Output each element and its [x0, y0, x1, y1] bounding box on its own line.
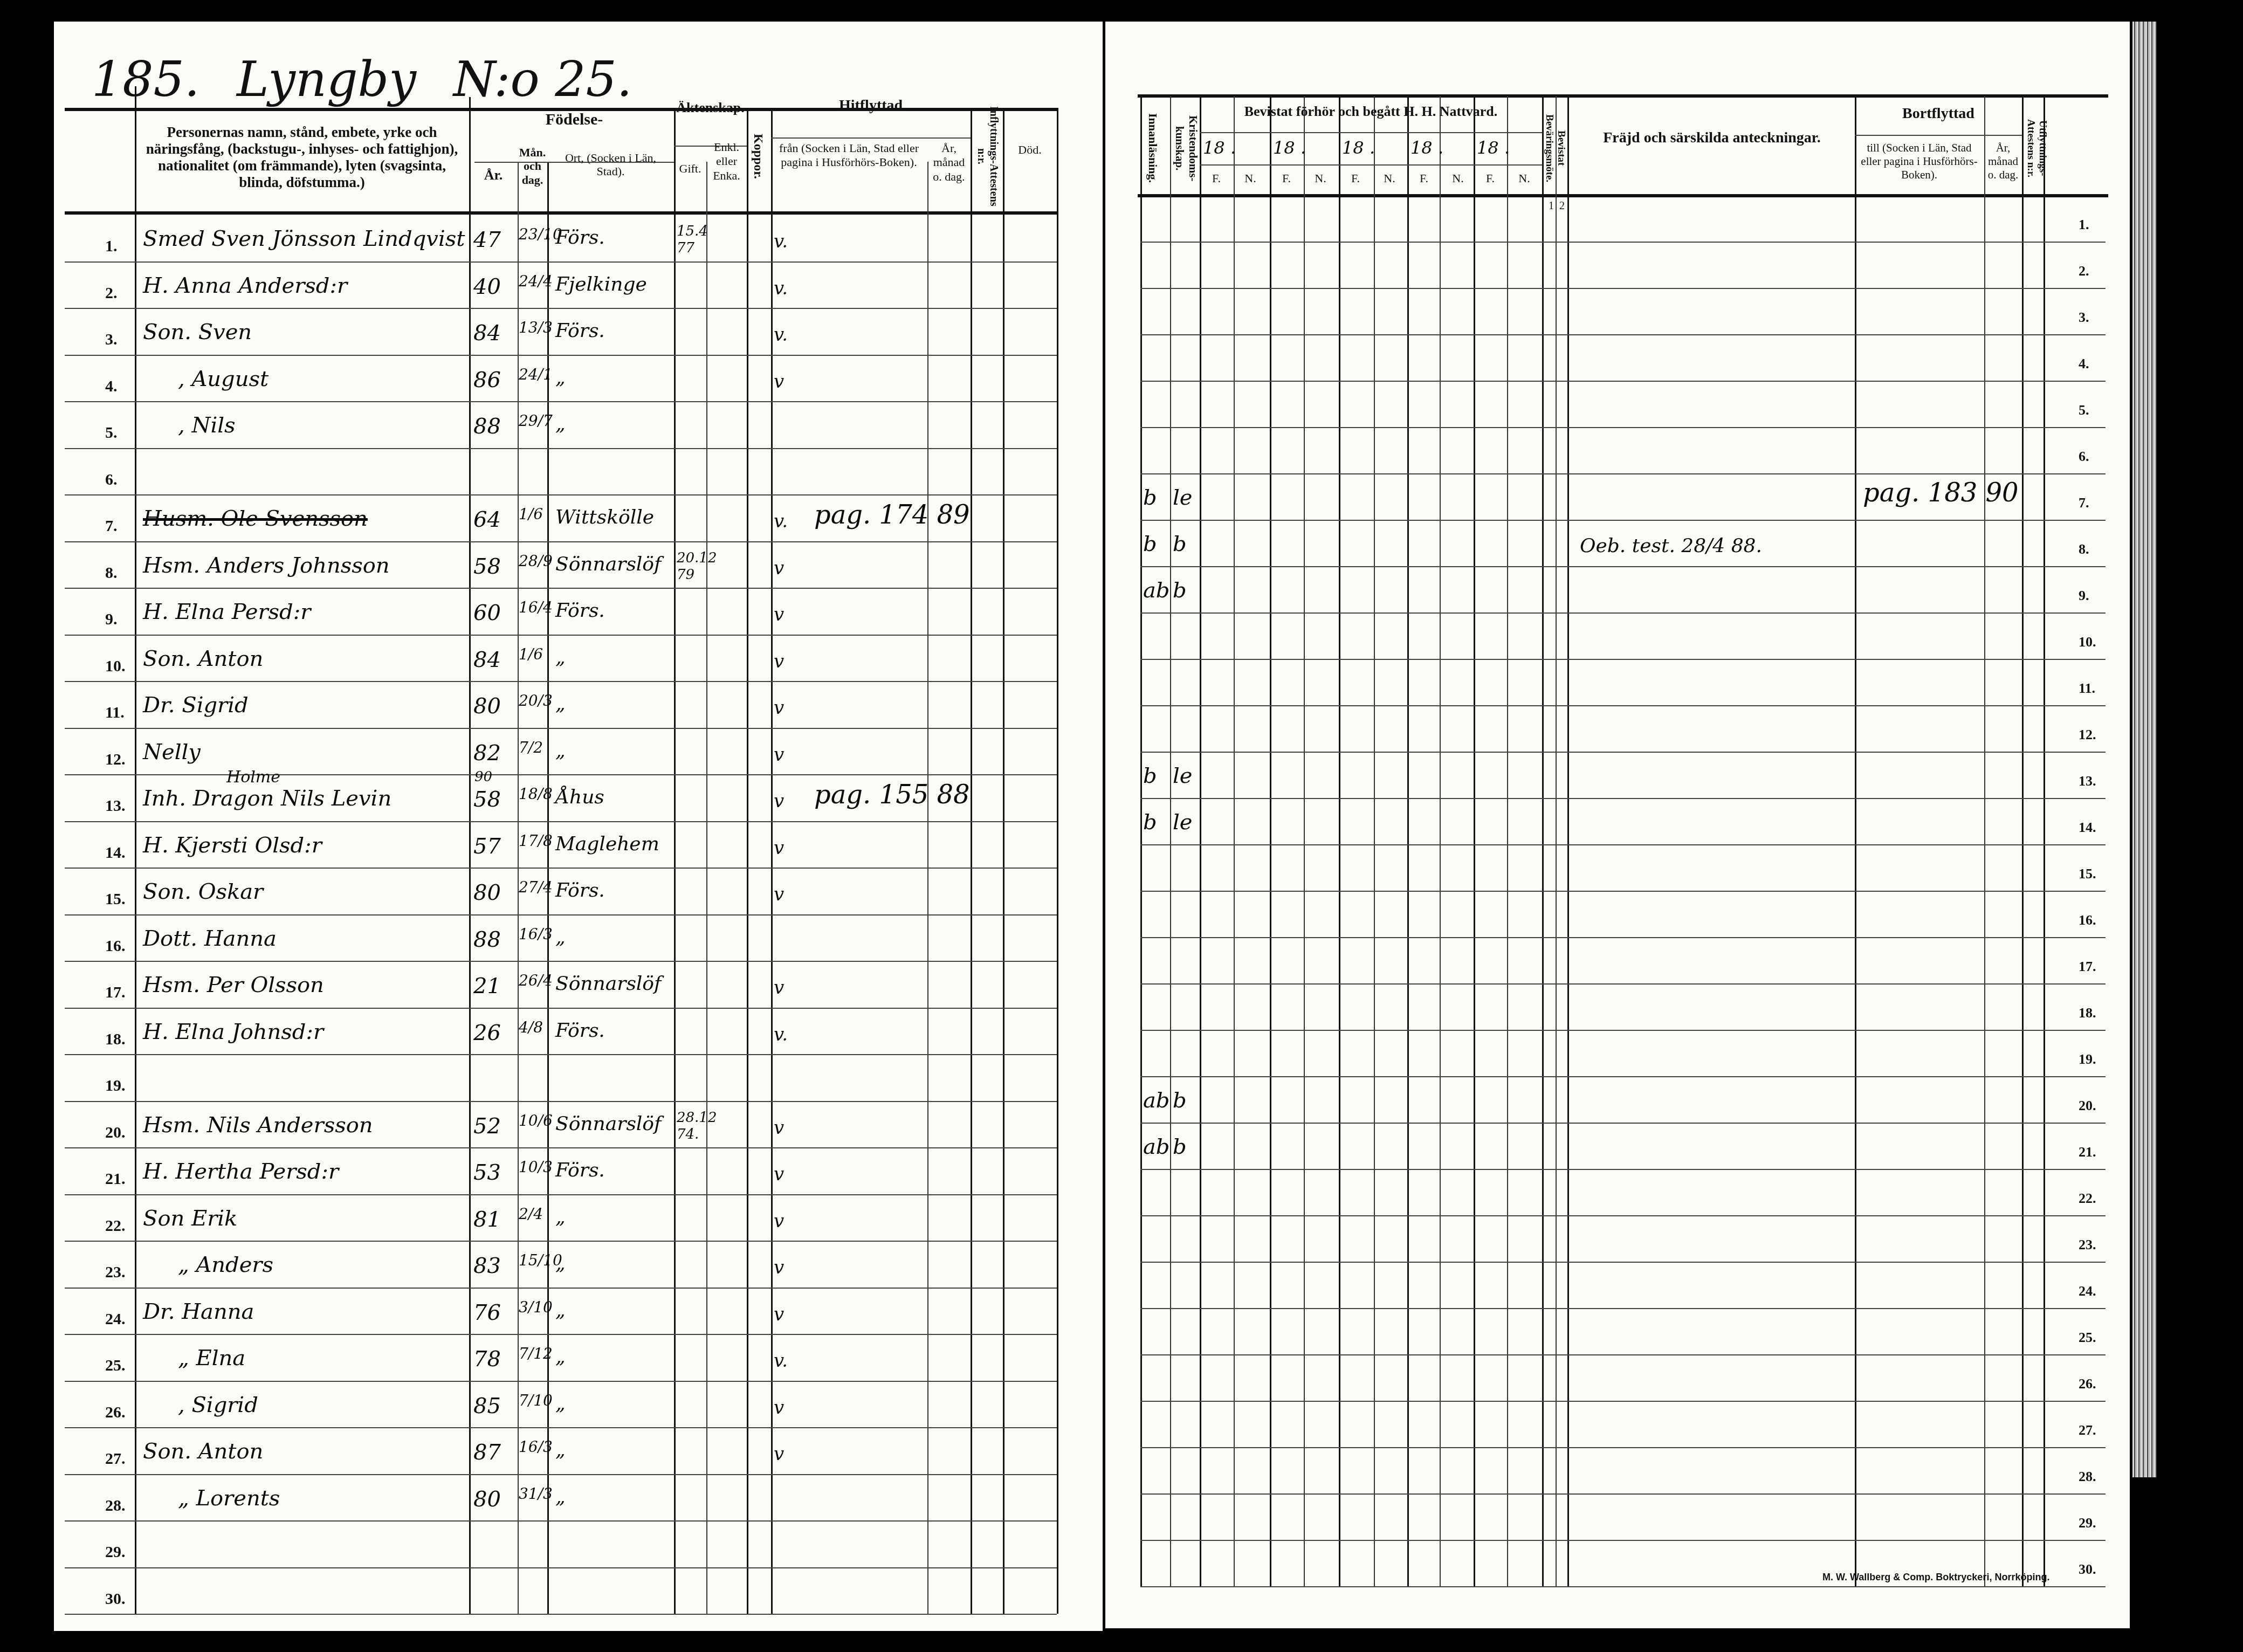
header-moved-in-from: från (Socken i Län, Stad eller pagina i …	[772, 141, 926, 170]
row-rule	[65, 494, 1057, 495]
smallpox-mark: v	[774, 977, 784, 999]
birth-monthday: 17/8	[519, 832, 553, 850]
birth-year: 47	[473, 228, 501, 252]
column-divider	[1542, 96, 1544, 1586]
row-number: 16.	[2079, 912, 2096, 928]
header-name: Personernas namn, stånd, embete, yrke oc…	[137, 124, 466, 191]
person-name: „ Lorents	[178, 1486, 280, 1511]
birth-place: Förs.	[555, 1020, 605, 1042]
subheader-rule	[771, 137, 971, 139]
birth-year: 52	[473, 1114, 501, 1139]
row-rule	[1140, 381, 2106, 382]
row-rule	[1140, 242, 2106, 243]
row-rule	[65, 1288, 1057, 1289]
birth-monthday: 7/2	[519, 739, 543, 756]
birth-monthday: 16/3	[519, 925, 553, 943]
row-number: 30.	[105, 1590, 126, 1608]
reading-grade: b	[1143, 763, 1157, 788]
row-rule	[1140, 1354, 2106, 1355]
row-rule	[1140, 1123, 2106, 1124]
subheader-rule	[1200, 164, 1542, 166]
row-number: 5.	[2079, 402, 2089, 418]
birth-monthday: 20/3	[519, 692, 553, 710]
birth-place: Maglehem	[555, 833, 659, 855]
knowledge-grade: le	[1173, 810, 1192, 835]
person-name: Son. Anton	[143, 1439, 263, 1464]
exam-year: 18 .	[1477, 137, 1510, 158]
row-rule	[1140, 1447, 2106, 1448]
row-number: 14.	[2079, 820, 2096, 836]
header-conduct: Fräjd och särskilda anteckningar.	[1572, 129, 1852, 147]
header-moved-out-to: till (Socken i Län, Stad eller pagina i …	[1856, 141, 1983, 182]
row-rule	[1140, 983, 2106, 985]
column-divider	[1556, 96, 1557, 1586]
row-rule	[1140, 1076, 2106, 1077]
person-name: Dr. Sigrid	[143, 693, 249, 718]
right-header-top-rule	[1138, 94, 2108, 98]
smallpox-mark: v.	[774, 278, 788, 299]
knowledge-grade: b	[1173, 578, 1187, 603]
birth-year: 85	[473, 1394, 501, 1419]
printer-imprint: M. W. Wallberg & Comp. Boktryckeri, Norr…	[1822, 1572, 2049, 1583]
row-rule	[65, 355, 1057, 356]
birth-year: 26	[473, 1021, 501, 1045]
column-divider	[1567, 96, 1569, 1586]
column-divider	[771, 108, 773, 1614]
row-rule	[65, 821, 1057, 822]
birth-place: Åhus	[555, 786, 604, 808]
row-number: 11.	[105, 704, 125, 722]
birth-place: Sönnarslöf	[555, 1113, 661, 1135]
birth-monthday: 7/10	[519, 1392, 553, 1409]
row-rule	[65, 401, 1057, 402]
column-divider	[1507, 96, 1508, 1586]
row-number: 5.	[105, 424, 118, 442]
row-number: 4.	[105, 377, 118, 396]
row-rule	[1140, 1540, 2106, 1541]
row-rule	[65, 681, 1057, 682]
exam-year: 18 .	[1203, 137, 1236, 158]
column-divider	[1170, 96, 1171, 1586]
birth-monthday: 29/7	[519, 412, 553, 430]
column-divider	[469, 97, 471, 1614]
birth-year: 84	[473, 321, 501, 346]
row-number: 29.	[105, 1543, 126, 1561]
birth-place: „	[555, 646, 566, 669]
row-rule	[65, 1054, 1057, 1055]
birth-year: 82	[473, 741, 501, 766]
row-rule	[1140, 1493, 2106, 1495]
marriage-date: 15.4 77	[677, 223, 706, 257]
birth-monthday: 18/8	[519, 785, 553, 803]
row-rule	[1140, 288, 2106, 289]
row-rule	[65, 1474, 1057, 1475]
row-number: 24.	[105, 1310, 126, 1329]
moved-in-from: pag. 155 88	[814, 780, 970, 810]
birth-year: 57	[473, 834, 501, 859]
row-rule	[1140, 1215, 2106, 1216]
row-number: 21.	[2079, 1144, 2096, 1160]
row-rule	[65, 541, 1057, 542]
smallpox-mark: v	[774, 1210, 784, 1232]
row-rule	[65, 261, 1057, 263]
person-name: H. Elna Johnsd:r	[143, 1020, 324, 1044]
person-name: H. Kjersti Olsd:r	[143, 833, 322, 858]
person-name: „ Elna	[178, 1346, 245, 1371]
row-number: 7.	[2079, 495, 2089, 511]
left-page	[54, 22, 1103, 1631]
f-label: F.	[1339, 171, 1372, 185]
birth-place: „	[555, 413, 566, 435]
birth-year: 81	[473, 1207, 501, 1232]
column-divider	[1339, 96, 1340, 1586]
row-number: 4.	[2079, 356, 2089, 372]
birth-place: Förs.	[555, 879, 605, 901]
header-christian-knowledge: Kristendoms-kunskap.	[1173, 105, 1200, 191]
header-moved-in: Hitflyttad	[771, 97, 971, 114]
smallpox-mark: v	[774, 651, 784, 672]
person-name: Dott. Hanna	[143, 926, 277, 951]
birth-year: 40	[473, 274, 501, 299]
row-rule	[65, 1567, 1057, 1568]
header-smallpox: Koppor.	[751, 119, 765, 194]
column-divider	[1855, 96, 1856, 1586]
column-divider	[1374, 96, 1375, 1586]
row-rule	[65, 1334, 1057, 1335]
column-divider	[1407, 96, 1409, 1586]
row-number: 3.	[2079, 309, 2089, 326]
row-rule	[65, 1381, 1057, 1382]
birth-year: 84	[473, 648, 501, 672]
birth-year: 88	[473, 927, 501, 952]
row-number: 29.	[2079, 1515, 2096, 1531]
smallpox-mark: v	[774, 1304, 784, 1325]
person-name: , Sigrid	[178, 1393, 258, 1417]
exam-year: 18 .	[1342, 137, 1375, 158]
row-rule	[1140, 798, 2106, 799]
birth-place: „	[555, 1299, 566, 1321]
knowledge-grade: le	[1173, 485, 1192, 510]
person-name: Son. Sven	[143, 320, 252, 345]
column-divider	[1270, 96, 1271, 1586]
conscription-col-1: 1	[1546, 199, 1556, 212]
birth-monthday: 27/4	[519, 878, 553, 896]
smallpox-mark: v.	[774, 1350, 788, 1372]
birth-year: 80	[473, 1487, 501, 1512]
reading-grade: ab	[1143, 1088, 1169, 1113]
row-number: 2.	[105, 284, 118, 302]
row-rule	[65, 1241, 1057, 1242]
person-name: Hsm. Nils Andersson	[143, 1113, 373, 1138]
row-rule	[1140, 659, 2106, 660]
person-name: Husm. Ole Svensson	[143, 506, 368, 531]
person-name: Son. Anton	[143, 646, 263, 671]
row-number: 3.	[105, 331, 118, 349]
column-divider	[1057, 108, 1058, 1614]
row-rule	[1140, 427, 2106, 428]
header-marriage: Äktenskap.	[674, 100, 747, 116]
birth-year: 80	[473, 694, 501, 719]
book-page-edges	[2132, 22, 2157, 1477]
column-divider	[1474, 96, 1475, 1586]
row-rule	[65, 774, 1057, 775]
row-rule	[1140, 1169, 2106, 1170]
marriage-date: 20.12 79	[677, 550, 706, 583]
birth-place: „	[555, 1393, 566, 1415]
n-label: N.	[1304, 171, 1337, 185]
birth-monthday: 3/10	[519, 1298, 553, 1316]
row-number: 15.	[105, 890, 126, 908]
birth-place: „	[555, 693, 566, 715]
row-number: 13.	[2079, 773, 2096, 789]
row-number: 17.	[2079, 959, 2096, 975]
birth-year: 76	[473, 1300, 501, 1325]
row-number: 21.	[105, 1170, 126, 1188]
page-title: 185. Lyngby N:o 25.	[92, 51, 632, 108]
f-label: F.	[1200, 171, 1233, 185]
row-rule	[65, 868, 1057, 869]
row-rule	[1140, 891, 2106, 892]
row-number: 22.	[105, 1217, 126, 1235]
place-name: Lyngby	[237, 51, 416, 108]
subheader-rule	[1855, 135, 2022, 136]
row-rule	[65, 1101, 1057, 1102]
header-moved-out-date: År, månad o. dag.	[1984, 141, 2022, 182]
row-rule	[1140, 937, 2106, 938]
person-name: Son. Oskar	[143, 879, 263, 904]
birth-place: Förs.	[555, 320, 605, 342]
person-name: Hsm. Per Olsson	[143, 973, 324, 997]
birth-place: Förs.	[555, 226, 605, 249]
exam-year: 18 .	[1411, 137, 1443, 158]
birth-year: 53	[473, 1160, 501, 1185]
row-number: 18.	[105, 1030, 126, 1049]
birth-place: Fjelkinge	[555, 273, 647, 295]
row-rule	[65, 588, 1057, 589]
row-rule	[1140, 1401, 2106, 1402]
birth-year: 21	[473, 974, 501, 999]
row-number: 25.	[2079, 1330, 2096, 1346]
row-rule	[65, 635, 1057, 636]
row-number: 17.	[105, 983, 126, 1002]
row-number: 7.	[105, 517, 118, 535]
marriage-date: 28.12 74.	[677, 1110, 706, 1143]
header-moved-in-date: År, månad o. dag.	[927, 141, 971, 184]
row-rule	[1140, 566, 2106, 567]
row-number: 6.	[105, 471, 118, 489]
header-birth: Födelse-	[474, 111, 674, 129]
birth-year: 64	[473, 507, 501, 532]
page-number: 185.	[92, 51, 199, 108]
birth-year: 83	[473, 1254, 501, 1278]
f-label: F.	[1270, 171, 1303, 185]
column-divider	[927, 162, 928, 1614]
smallpox-mark: v	[774, 1443, 784, 1465]
moved-out-to: pag. 183 90	[1863, 478, 2019, 508]
row-rule	[65, 1008, 1057, 1009]
row-number: 27.	[2079, 1422, 2096, 1438]
name-annotation: Holme	[226, 768, 280, 787]
person-name: Dr. Hanna	[143, 1299, 254, 1324]
column-divider	[971, 108, 972, 1614]
smallpox-mark: v.	[774, 231, 788, 252]
birth-place: „	[555, 926, 566, 948]
column-divider	[1003, 108, 1004, 1614]
reading-grade: b	[1143, 810, 1157, 835]
birth-monthday: 26/4	[519, 972, 553, 989]
row-number: 23.	[2079, 1237, 2096, 1253]
row-rule	[1140, 1308, 2106, 1309]
reading-grade: b	[1143, 532, 1157, 556]
smallpox-mark: v	[774, 837, 784, 859]
birth-monthday: 7/12	[519, 1345, 553, 1362]
header-exam: Bevistat förhör och begått H. H. Nattvar…	[1200, 104, 1542, 120]
row-number: 6.	[2079, 449, 2089, 465]
column-divider	[706, 162, 707, 1614]
reading-grade: ab	[1143, 1134, 1169, 1159]
row-number: 15.	[2079, 866, 2096, 882]
column-divider	[1440, 96, 1441, 1586]
row-number: 27.	[105, 1450, 126, 1468]
birth-year: 78	[473, 1347, 501, 1372]
birth-place: Sönnarslöf	[555, 973, 661, 995]
birth-monthday: 10/3	[519, 1158, 553, 1176]
row-number: 24.	[2079, 1283, 2096, 1299]
row-number: 30.	[2079, 1561, 2096, 1578]
row-number: 19.	[2079, 1051, 2096, 1068]
f-label: F.	[1474, 171, 1507, 185]
row-number: 11.	[2079, 680, 2095, 697]
birth-monthday: 1/6	[519, 645, 543, 663]
row-number: 9.	[2079, 588, 2089, 604]
birth-monthday: 4/8	[519, 1018, 543, 1036]
reading-grade: ab	[1143, 578, 1169, 603]
row-rule	[65, 448, 1057, 449]
smallpox-mark: v	[774, 697, 784, 719]
smallpox-mark: v	[774, 1397, 784, 1419]
header-birth-monthday: Mån. och dag.	[518, 146, 547, 187]
birth-place: „	[555, 740, 566, 762]
row-rule	[1140, 844, 2106, 845]
row-rule	[65, 1147, 1057, 1148]
birth-place: Wittskölle	[555, 506, 654, 528]
row-rule	[1140, 612, 2106, 614]
birth-monthday: 24/4	[519, 272, 553, 290]
f-label: F.	[1407, 171, 1441, 185]
right-header-bottom-rule	[1138, 194, 2108, 197]
birth-year-alt: 90	[474, 769, 492, 785]
knowledge-grade: b	[1173, 1088, 1187, 1113]
header-in-cert: Inflyttnings-Attestens n:r.	[975, 105, 1000, 208]
header-birth-place: Ort, (Socken i Län, Stad).	[550, 151, 671, 178]
smallpox-mark: v	[774, 790, 784, 812]
header-birth-year: År.	[470, 167, 517, 183]
row-number: 14.	[105, 844, 126, 862]
birth-year: 58	[473, 787, 501, 812]
birth-monthday: 16/4	[519, 598, 553, 616]
knowledge-grade: b	[1173, 1134, 1187, 1159]
reading-grade: b	[1143, 485, 1157, 510]
column-divider	[2044, 96, 2045, 1586]
moved-in-from: pag. 174 89	[814, 500, 970, 530]
n-label: N.	[1508, 171, 1541, 185]
row-rule	[65, 1427, 1057, 1428]
birth-monthday: 10/6	[519, 1112, 553, 1130]
birth-place: „	[555, 367, 566, 389]
row-number: 18.	[2079, 1005, 2096, 1021]
smallpox-mark: v	[774, 371, 784, 393]
birth-year: 80	[473, 880, 501, 905]
row-rule	[1140, 1262, 2106, 1263]
header-married: Gift.	[674, 162, 706, 176]
birth-place: „	[555, 1252, 566, 1275]
birth-monthday: 13/3	[519, 319, 553, 336]
subheader-rule	[1200, 132, 1542, 133]
row-number: 23.	[105, 1263, 126, 1282]
person-name: H. Hertha Persd:r	[143, 1159, 339, 1184]
row-rule	[1140, 1030, 2106, 1031]
birth-monthday: 31/3	[519, 1485, 553, 1503]
row-number: 26.	[2079, 1376, 2096, 1392]
birth-year: 87	[473, 1440, 501, 1465]
row-rule	[65, 1614, 1057, 1615]
header-conscription: Bevistat Beväringsmöte.	[1543, 102, 1567, 194]
smallpox-mark: v	[774, 744, 784, 766]
row-number: 9.	[105, 610, 118, 629]
birth-year: 86	[473, 368, 501, 393]
header-out-cert: Utflyttnings-Attestens n:r.	[2025, 102, 2048, 194]
row-rule	[1140, 473, 2106, 474]
birth-monthday: 2/4	[519, 1205, 543, 1223]
row-rule	[65, 961, 1057, 962]
row-rule	[1140, 1586, 2106, 1587]
smallpox-mark: v	[774, 1117, 784, 1139]
row-rule	[65, 728, 1057, 729]
header-bottom-rule	[65, 211, 1057, 215]
row-number: 10.	[2079, 634, 2096, 650]
n-label: N.	[1441, 171, 1475, 185]
person-name: Inh. Dragon Nils Levin	[143, 786, 391, 811]
header-moved-out: Bortflyttad	[1855, 105, 2022, 122]
row-number: 8.	[105, 564, 118, 582]
row-number: 26.	[105, 1403, 126, 1422]
person-name: , August	[178, 367, 269, 391]
right-page	[1105, 22, 2130, 1628]
row-rule	[65, 914, 1057, 916]
column-divider	[2022, 96, 2024, 1586]
header-widowed: Enkl. eller Enka.	[706, 140, 747, 183]
column-divider	[747, 108, 748, 1614]
row-number: 1.	[105, 237, 118, 256]
exam-year: 18 .	[1273, 137, 1306, 158]
column-divider	[1140, 96, 1142, 1586]
row-number: 28.	[105, 1497, 126, 1515]
person-name: H. Anna Andersd:r	[143, 273, 347, 298]
birth-year: 88	[473, 414, 501, 439]
row-number: 13.	[105, 797, 126, 815]
smallpox-mark: v	[774, 1257, 784, 1278]
row-rule	[65, 1194, 1057, 1195]
birth-place: „	[555, 1206, 566, 1228]
column-divider	[1984, 96, 1985, 1586]
row-rule	[1140, 520, 2106, 521]
person-name: Son Erik	[143, 1206, 237, 1231]
person-name: , Nils	[178, 413, 236, 438]
birth-monthday: 24/1	[519, 366, 553, 383]
row-number: 25.	[105, 1357, 126, 1375]
row-rule	[65, 1520, 1057, 1522]
row-number: 2.	[2079, 263, 2089, 279]
